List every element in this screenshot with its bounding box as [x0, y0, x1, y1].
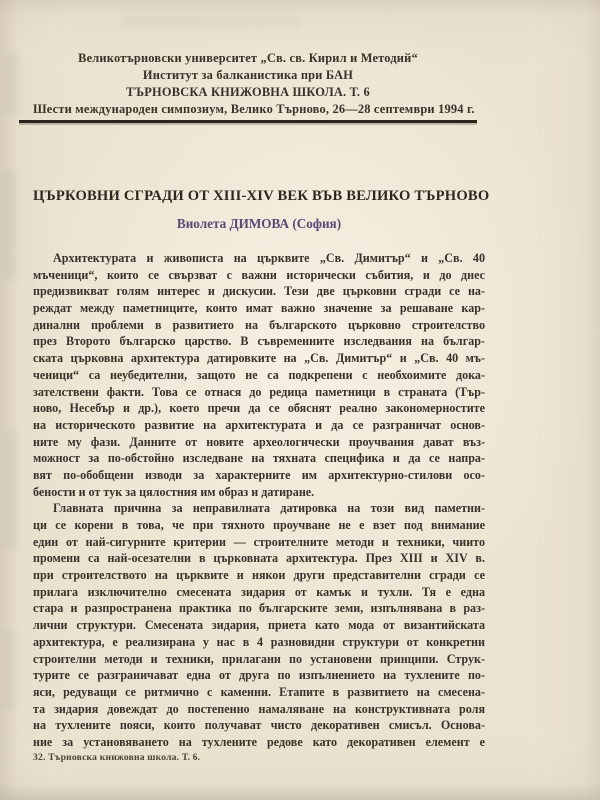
body-text-line: през Второто българско царство. В съврем… — [33, 333, 485, 350]
body-text-line: реждат между паметниците, които имат важ… — [33, 300, 485, 317]
body-text-line: строителни методи и техники, прилагани п… — [33, 651, 485, 668]
body-text-line: ние за установяването на тухлените редов… — [33, 734, 485, 751]
article-title: ЦЪРКОВНИ СГРАДИ ОТ XIII-XIV ВЕК ВЪВ ВЕЛИ… — [33, 188, 489, 205]
body-text-line: турите се разграничават една от друга по… — [33, 667, 485, 684]
body-text-line: зателствени факти. Това се отнася до ред… — [33, 384, 485, 401]
scanned-document-page: Великотърновски университет „Св. св. Кир… — [0, 0, 600, 800]
body-text-line: ченици“ са неубедителни, защото не са по… — [33, 367, 485, 384]
body-text-line: Главната причина за неправилната датиров… — [33, 500, 485, 517]
body-text-line: ци се корени в това, че при тяхното проу… — [33, 517, 485, 534]
body-text-line: ните му фази. Данните от новите археолог… — [33, 434, 485, 451]
body-text-line: ската църковна архитектура датировките н… — [33, 350, 485, 367]
scan-artifact — [5, 430, 18, 550]
body-text-line: лични структури. Смесената зидария, прие… — [33, 617, 485, 634]
body-text-line: динални проблеми в развитието на българс… — [33, 317, 485, 334]
body-text-line: яси, редуващи се ритмично с каменни. Ета… — [33, 684, 485, 701]
article-author: Виолета ДИМОВА (София) — [33, 216, 485, 232]
scan-artifact — [4, 630, 16, 710]
journal-header-line: Институт за балканистика при БАН — [33, 67, 463, 84]
body-text-line: та зидария довеждат до постепенно намаля… — [33, 701, 485, 718]
body-text-line: предизвикват голям интерес и дискусии. Т… — [33, 283, 485, 300]
body-text-line: при строителството на църквите и някои д… — [33, 567, 485, 584]
body-text-line: на историческото развитие на архитектура… — [33, 417, 485, 434]
body-text-line: ново, Несебър и др.), което пречи да се … — [33, 400, 485, 417]
body-text-line: на тухлените пояси, които получават чист… — [33, 717, 485, 734]
divider-rule — [19, 120, 477, 123]
journal-header: Великотърновски университет „Св. св. Кир… — [33, 50, 463, 118]
body-text-line: мъченици“, които се свързват с важни ист… — [33, 267, 485, 284]
body-text-line: Архитектурата и живописта на църквите „С… — [33, 250, 485, 267]
body-text-line: стара и разпространена практика по бълга… — [33, 600, 485, 617]
journal-header-line: Шести международен симпозиум, Велико Тър… — [33, 101, 463, 118]
body-text-line: един от най-сигурните критерии — строите… — [33, 534, 485, 551]
scan-artifact — [120, 16, 300, 28]
page-footnote: 32. Търновска книжовна школа. Т. 6. — [33, 752, 200, 763]
body-text-line: промени са най-осезателни в църковната а… — [33, 550, 485, 567]
scan-artifact — [3, 170, 17, 280]
journal-header-line: ТЪРНОВСКА КНИЖОВНА ШКОЛА. Т. 6 — [33, 84, 463, 101]
body-text-line: бености и от тук за цялостния им образ и… — [33, 484, 485, 501]
body-text-line: можност за по-обстойно изследване на тях… — [33, 450, 485, 467]
scan-artifact — [4, 55, 20, 115]
body-text-line: архитектура, е реализирана у нас в 4 раз… — [33, 634, 485, 651]
body-text-line: вят по-обобщени изводи за характерните и… — [33, 467, 485, 484]
body-text-line: прилага изключително смесената зидария о… — [33, 584, 485, 601]
journal-header-line: Великотърновски университет „Св. св. Кир… — [33, 50, 463, 67]
article-body: Архитектурата и живописта на църквите „С… — [33, 250, 485, 751]
